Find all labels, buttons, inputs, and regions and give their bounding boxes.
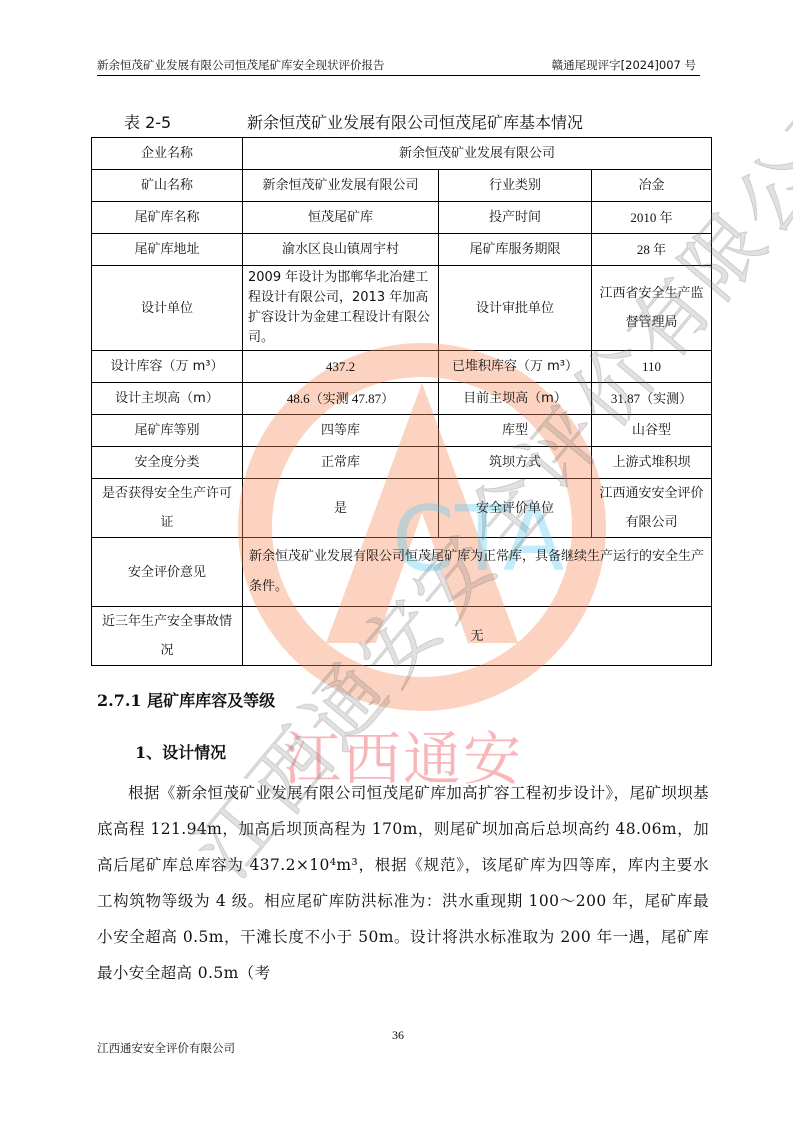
cell-value: 新余恒茂矿业发展有限公司: [243, 138, 712, 170]
cell-label: 安全度分类: [92, 447, 243, 479]
cell-label: 库型: [439, 415, 592, 447]
body-paragraph: 根据《新余恒茂矿业发展有限公司恒茂尾矿库加高扩容工程初步设计》，尾矿坝坝基底高程…: [97, 775, 709, 991]
table-row: 是否获得安全生产许可证 是 安全评价单位 江西通安安全评价有限公司: [92, 479, 712, 538]
cell-value: 恒茂尾矿库: [243, 202, 439, 234]
cell-label: 行业类别: [439, 170, 592, 202]
cell-label: 尾矿库服务期限: [439, 234, 592, 266]
cell-label: 矿山名称: [92, 170, 243, 202]
cell-label: 安全评价意见: [92, 538, 243, 607]
table-row: 矿山名称 新余恒茂矿业发展有限公司 行业类别 冶金: [92, 170, 712, 202]
cell-value: 28 年: [592, 234, 712, 266]
cell-value: 110: [592, 351, 712, 383]
cell-value: 2009 年设计为邯郸华北冶建工程设计有限公司，2013 年加高扩容设计为金建工…: [243, 266, 439, 351]
table-row: 安全评价意见 新余恒茂矿业发展有限公司恒茂尾矿库为正常库，具备继续生产运行的安全…: [92, 538, 712, 607]
cell-label: 设计主坝高（m）: [92, 383, 243, 415]
cell-label: 企业名称: [92, 138, 243, 170]
cell-value: 山谷型: [592, 415, 712, 447]
cell-label: 尾矿库名称: [92, 202, 243, 234]
cell-label: 设计审批单位: [439, 266, 592, 351]
table-row: 近三年生产安全事故情况 无: [92, 607, 712, 666]
cell-label: 设计库容（万 m³）: [92, 351, 243, 383]
cell-value: 上游式堆积坝: [592, 447, 712, 479]
cell-label: 已堆积库容（万 m³）: [439, 351, 592, 383]
cell-value: 江西通安安全评价有限公司: [592, 479, 712, 538]
table-row: 尾矿库地址 渝水区良山镇周宇村 尾矿库服务期限 28 年: [92, 234, 712, 266]
cell-label: 安全评价单位: [439, 479, 592, 538]
cell-value: 渝水区良山镇周宇村: [243, 234, 439, 266]
table-row: 设计单位 2009 年设计为邯郸华北冶建工程设计有限公司，2013 年加高扩容设…: [92, 266, 712, 351]
cell-label: 筑坝方式: [439, 447, 592, 479]
cell-label: 投产时间: [439, 202, 592, 234]
table-title: 新余恒茂矿业发展有限公司恒茂尾矿库基本情况: [247, 111, 583, 135]
cell-value: 437.2: [243, 351, 439, 383]
cell-value: 江西省安全生产监督管理局: [592, 266, 712, 351]
cell-value: 四等库: [243, 415, 439, 447]
cell-value: 冶金: [592, 170, 712, 202]
section-heading: 2.7.1 尾矿库库容及等级: [97, 688, 275, 711]
cell-value: 新余恒茂矿业发展有限公司: [243, 170, 439, 202]
cell-value: 48.6（实测 47.87）: [243, 383, 439, 415]
table-row: 企业名称 新余恒茂矿业发展有限公司: [92, 138, 712, 170]
table-row: 设计库容（万 m³） 437.2 已堆积库容（万 m³） 110: [92, 351, 712, 383]
cell-label: 尾矿库等别: [92, 415, 243, 447]
cell-label: 近三年生产安全事故情况: [92, 607, 243, 666]
page-number: 36: [392, 1028, 404, 1043]
table-number: 表 2-5: [124, 111, 171, 135]
table-row: 设计主坝高（m） 48.6（实测 47.87） 目前主坝高（m） 31.87（实…: [92, 383, 712, 415]
cell-label: 目前主坝高（m）: [439, 383, 592, 415]
footer-company: 江西通安安全评价有限公司: [97, 1040, 235, 1056]
basic-info-table: 企业名称 新余恒茂矿业发展有限公司 矿山名称 新余恒茂矿业发展有限公司 行业类别…: [91, 137, 712, 666]
cell-value: 无: [243, 607, 712, 666]
table-row: 尾矿库名称 恒茂尾矿库 投产时间 2010 年: [92, 202, 712, 234]
table-row: 尾矿库等别 四等库 库型 山谷型: [92, 415, 712, 447]
document-number: 赣通尾现评字[2024]007 号: [552, 57, 696, 73]
cell-label: 设计单位: [92, 266, 243, 351]
cell-value: 是: [243, 479, 439, 538]
page-header: 新余恒茂矿业发展有限公司恒茂尾矿库安全现状评价报告 赣通尾现评字[2024]00…: [97, 57, 700, 76]
report-title: 新余恒茂矿业发展有限公司恒茂尾矿库安全现状评价报告: [97, 57, 385, 73]
table-row: 安全度分类 正常库 筑坝方式 上游式堆积坝: [92, 447, 712, 479]
cell-label: 尾矿库地址: [92, 234, 243, 266]
cell-value: 新余恒茂矿业发展有限公司恒茂尾矿库为正常库，具备继续生产运行的安全生产条件。: [243, 538, 712, 607]
table-caption: 表 2-5 新余恒茂矿业发展有限公司恒茂尾矿库基本情况: [96, 111, 716, 135]
cell-value: 正常库: [243, 447, 439, 479]
cell-value: 2010 年: [592, 202, 712, 234]
cell-label: 是否获得安全生产许可证: [92, 479, 243, 538]
cell-value: 31.87（实测）: [592, 383, 712, 415]
subsection-heading: 1、设计情况: [135, 740, 226, 763]
